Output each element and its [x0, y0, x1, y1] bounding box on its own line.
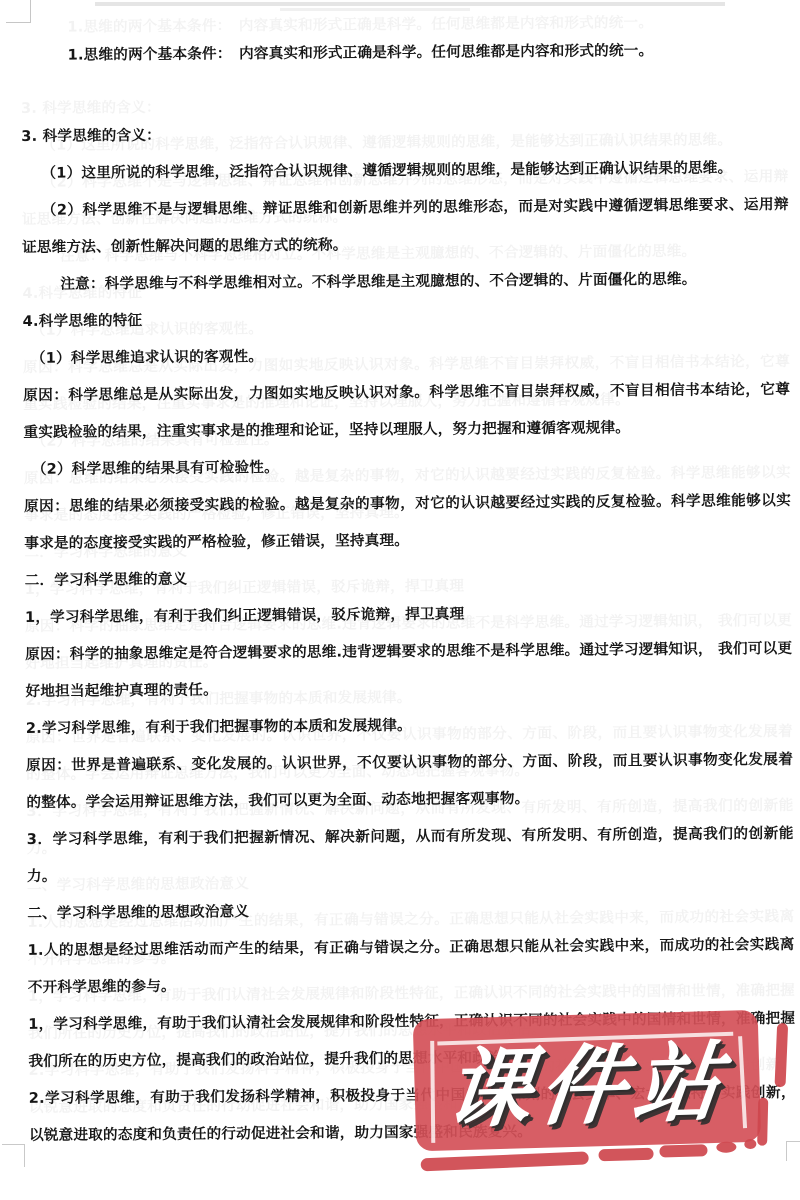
paragraph: （2）科学思维的结果具有可检验性。 — [24, 445, 791, 488]
stamp-border-dash — [757, 1098, 768, 1146]
paragraph: 1.人的思想是经过思维活动而产生的结果，有正确与错误之分。正确思想只能从社会实践… — [27, 926, 795, 1006]
paragraph: 原因：思维的结果必须接受实践的检验。越是复杂的事物，对它的认识越要经过实践的反复… — [24, 482, 792, 562]
paragraph: 3. 科学思维的含义： — [21, 112, 788, 155]
document-page: 1.思维的两个基本条件： 内容真实和形式正确是科学。任何思维都是内容和形式的统一… — [0, 0, 800, 1154]
stamp-crack — [738, 1036, 747, 1128]
stamp-border-dash — [744, 1139, 756, 1149]
paragraph: （2）科学思维不是与逻辑思维、辩证思维和创新思维并列的思维形态，而是对实践中遵循… — [22, 186, 790, 266]
paragraph: 二、学习科学思维的思想政治意义 — [27, 889, 794, 932]
paragraph: 原因：科学的抽象思维定是符合逻辑要求的思维.违背逻辑要求的思维不是科学思维。通过… — [25, 630, 793, 710]
paragraph: （1）科学思维追求认识的客观性。 — [23, 334, 790, 377]
paragraph: 二．学习科学思维的意义 — [25, 556, 792, 599]
paragraph: 注意：科学思维与不科学思维相对立。不科学思维是主观臆想的、不合逻辑的、片面僵化的… — [22, 260, 789, 303]
stamp-border-dash — [775, 1023, 789, 1087]
paragraph: 2.学习科学思维，有利于我们把握事物的本质和发展规律。 — [26, 704, 793, 747]
paragraph: （1）这里所说的科学思维，泛指符合认识规律、遵循逻辑规则的思维，是能够达到正确认… — [21, 149, 788, 192]
paragraph: 1.思维的两个基本条件： 内容真实和形式正确是科学。任何思维都是内容和形式的统一… — [20, 31, 787, 74]
stamp-crack — [430, 1041, 435, 1143]
paragraph: 3．学习科学思维，有利于我们把握新情况、解决新问题，从而有所发现、有所发明、有所… — [27, 815, 795, 895]
stamp-border-dash — [659, 1144, 707, 1157]
paragraph: 原因：科学思维总是从实际出发，力图如实地反映认识对象。科学思维不盲目崇拜权威，不… — [23, 371, 791, 451]
stamp-border-dash — [598, 1148, 653, 1162]
stamp-background: 课件站 — [413, 1010, 762, 1152]
paragraph: 4.科学思维的特征 — [22, 297, 789, 340]
paragraph: 1，学习科学思维，有利于我们纠正逻辑错误，驳斥诡辩，捍卫真理 — [25, 593, 792, 636]
stamp-border-dash — [716, 1141, 736, 1153]
paragraph: 原因：世界是普遍联系、变化发展的。认识世界，不仅要认识事物的部分、方面、阶段，而… — [26, 741, 794, 821]
stamp-border-dash — [421, 1151, 589, 1171]
watermark-stamp: 课件站 — [413, 1009, 800, 1190]
